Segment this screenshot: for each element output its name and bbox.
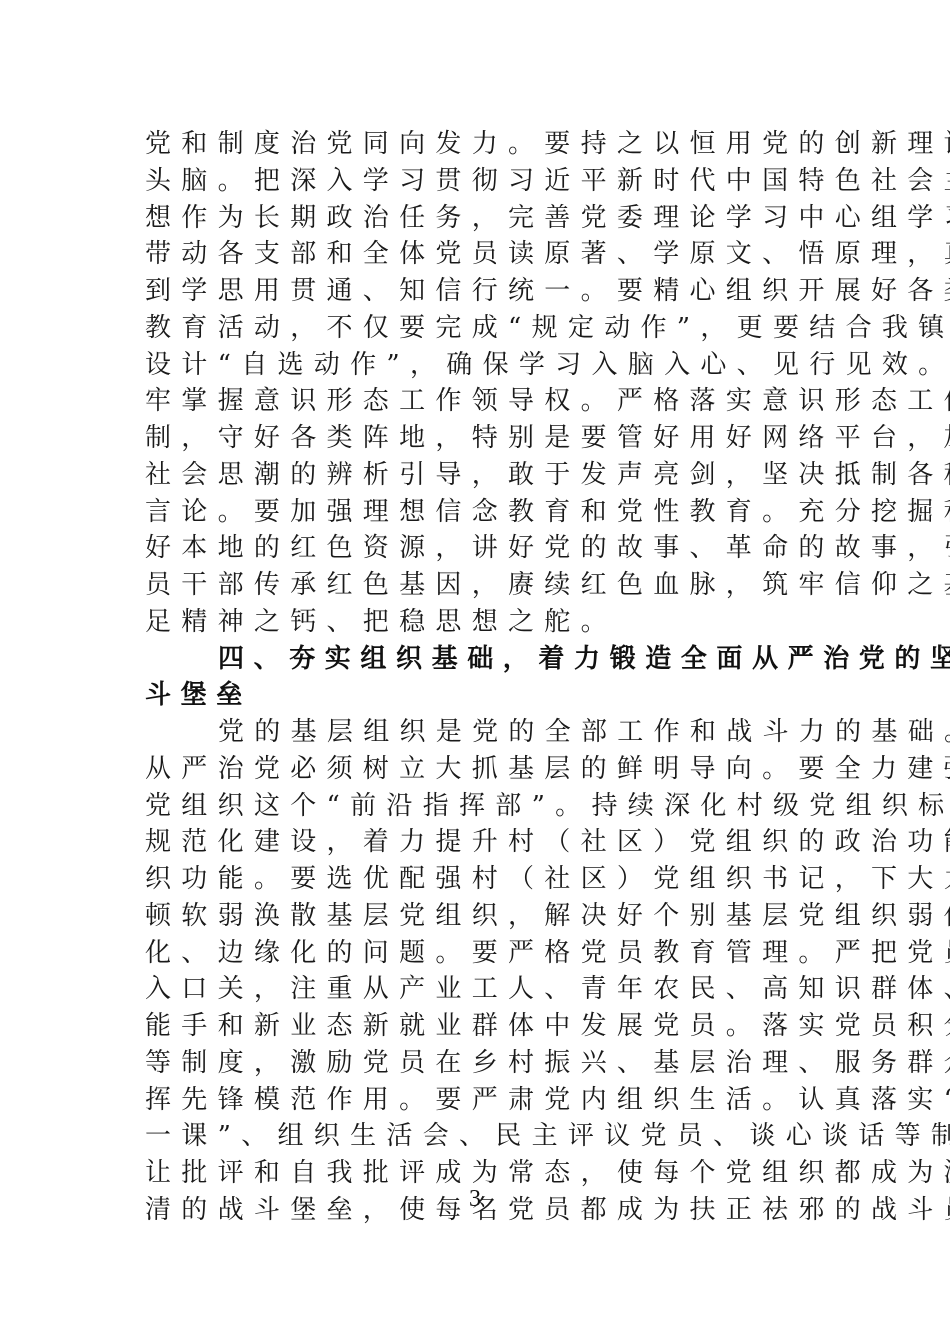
paragraph-party-theory: 党和制度治党同向发力。要持之以恒用党的创新理论武装 头脑。把深入学习贯彻习近平新… <box>145 126 805 641</box>
text-line: 头脑。把深入学习贯彻习近平新时代中国特色社会主义思 <box>145 163 805 200</box>
text-line: 员干部传承红色基因，赓续红色血脉，筑牢信仰之基、补 <box>145 567 805 604</box>
paragraph-grassroots-organization: 党的基层组织是党的全部工作和战斗力的基础。全面 从严治党必须树立大抓基层的鲜明导… <box>145 714 805 1229</box>
page-number: 3 <box>0 1186 950 1213</box>
text-line: 党和制度治党同向发力。要持之以恒用党的创新理论武装 <box>145 126 805 163</box>
text-line: 挥先锋模范作用。要严肃党内组织生活。认真落实“三会 <box>145 1082 805 1119</box>
text-line: 想作为长期政治任务，完善党委理论学习中心组学习制度 <box>145 200 805 237</box>
text-line: 能手和新业态新就业群体中发展党员。落实党员积分管理 <box>145 1008 805 1045</box>
text-line: 党组织这个“前沿指挥部”。持续深化村级党组织标准化 <box>145 788 805 825</box>
text-line: 规范化建设，着力提升村（社区）党组织的政治功能和组 <box>145 824 805 861</box>
page-body: 党和制度治党同向发力。要持之以恒用党的创新理论武装 头脑。把深入学习贯彻习近平新… <box>145 126 805 1229</box>
text-line: 制，守好各类阵地，特别是要管好用好网络平台，加强对 <box>145 420 805 457</box>
text-line: 顿软弱涣散基层党组织，解决好个别基层党组织弱化、虚 <box>145 898 805 935</box>
text-line: 好本地的红色资源，讲好党的故事、革命的故事，引导党 <box>145 530 805 567</box>
text-line: 从严治党必须树立大抓基层的鲜明导向。要全力建强村级 <box>145 751 805 788</box>
text-line: 牢掌握意识形态工作领导权。严格落实意识形态工作责任 <box>145 383 805 420</box>
text-line: 入口关，注重从产业工人、青年农民、高知识群体、致富 <box>145 971 805 1008</box>
section-heading-4: 四、夯实组织基础，着力锻造全面从严治党的坚强战 斗堡垒 <box>145 641 805 715</box>
heading-line: 四、夯实组织基础，着力锻造全面从严治党的坚强战 <box>145 641 805 678</box>
text-line: 教育活动，不仅要完成“规定动作”，更要结合我镇实际 <box>145 310 805 347</box>
text-line: 到学思用贯通、知信行统一。要精心组织开展好各类主题 <box>145 273 805 310</box>
heading-line: 斗堡垒 <box>145 677 805 714</box>
text-line: 等制度，激励党员在乡村振兴、基层治理、服务群众中发 <box>145 1045 805 1082</box>
text-line: 带动各支部和全体党员读原著、学原文、悟原理，真正做 <box>145 236 805 273</box>
text-line: 言论。要加强理想信念教育和党性教育。充分挖掘和利用 <box>145 494 805 531</box>
document-page: 党和制度治党同向发力。要持之以恒用党的创新理论武装 头脑。把深入学习贯彻习近平新… <box>0 0 950 1344</box>
text-line: 党的基层组织是党的全部工作和战斗力的基础。全面 <box>145 714 805 751</box>
text-line: 设计“自选动作”，确保学习入脑入心、见行见效。要牢 <box>145 347 805 384</box>
text-line: 一课”、组织生活会、民主评议党员、谈心谈话等制度， <box>145 1118 805 1155</box>
text-line: 足精神之钙、把稳思想之舵。 <box>145 604 805 641</box>
text-line: 社会思潮的辨析引导，敢于发声亮剑，坚决抵制各种错误 <box>145 457 805 494</box>
text-line: 织功能。要选优配强村（社区）党组织书记，下大力气整 <box>145 861 805 898</box>
text-line: 化、边缘化的问题。要严格党员教育管理。严把党员发展 <box>145 935 805 972</box>
